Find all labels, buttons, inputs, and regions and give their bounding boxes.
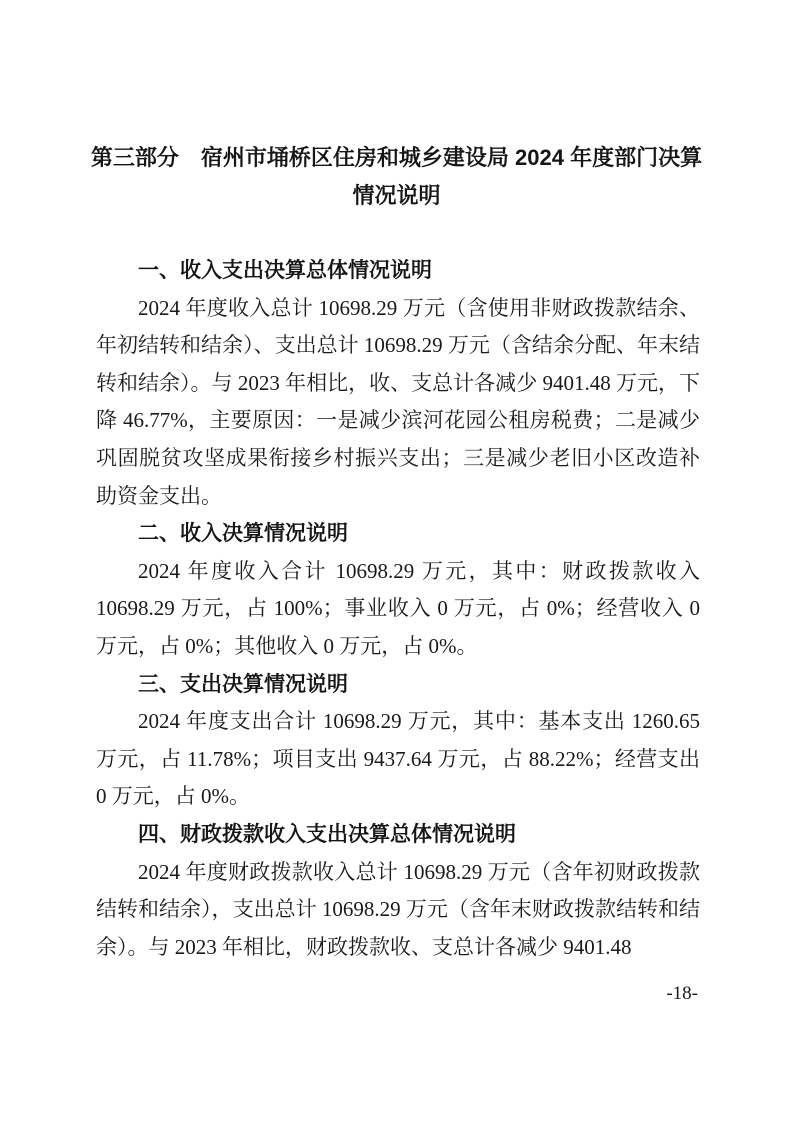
- section-3-paragraph: 2024 年度支出合计 10698.29 万元，其中：基本支出 1260.65 …: [96, 703, 700, 816]
- document-page: 第三部分 宿州市埇桥区住房和城乡建设局 2024 年度部门决算 情况说明 一、收…: [0, 0, 793, 1122]
- document-title: 第三部分 宿州市埇桥区住房和城乡建设局 2024 年度部门决算 情况说明: [0, 0, 793, 215]
- page-number: -18-: [666, 983, 698, 1005]
- document-title-line-1: 第三部分 宿州市埇桥区住房和城乡建设局 2024 年度部门决算: [0, 139, 793, 177]
- section-expenditure-details: 三、支出决算情况说明 2024 年度支出合计 10698.29 万元，其中：基本…: [96, 666, 700, 816]
- section-1-heading: 一、收入支出决算总体情况说明: [96, 252, 700, 290]
- section-3-heading: 三、支出决算情况说明: [96, 666, 700, 704]
- section-2-heading: 二、收入决算情况说明: [96, 515, 700, 553]
- section-2-paragraph: 2024 年度收入合计 10698.29 万元，其中：财政拨款收入 10698.…: [96, 553, 700, 666]
- section-income-expenditure-overview: 一、收入支出决算总体情况说明 2024 年度收入总计 10698.29 万元（含…: [96, 252, 700, 515]
- section-4-heading: 四、财政拨款收入支出决算总体情况说明: [96, 816, 700, 854]
- section-1-paragraph: 2024 年度收入总计 10698.29 万元（含使用非财政拨款结余、年初结转和…: [96, 290, 700, 516]
- document-title-line-2: 情况说明: [0, 177, 793, 215]
- section-4-paragraph: 2024 年度财政拨款收入总计 10698.29 万元（含年初财政拨款结转和结余…: [96, 854, 700, 967]
- document-body: 一、收入支出决算总体情况说明 2024 年度收入总计 10698.29 万元（含…: [96, 252, 700, 966]
- section-fiscal-appropriation-overview: 四、财政拨款收入支出决算总体情况说明 2024 年度财政拨款收入总计 10698…: [96, 816, 700, 966]
- section-income-details: 二、收入决算情况说明 2024 年度收入合计 10698.29 万元，其中：财政…: [96, 515, 700, 665]
